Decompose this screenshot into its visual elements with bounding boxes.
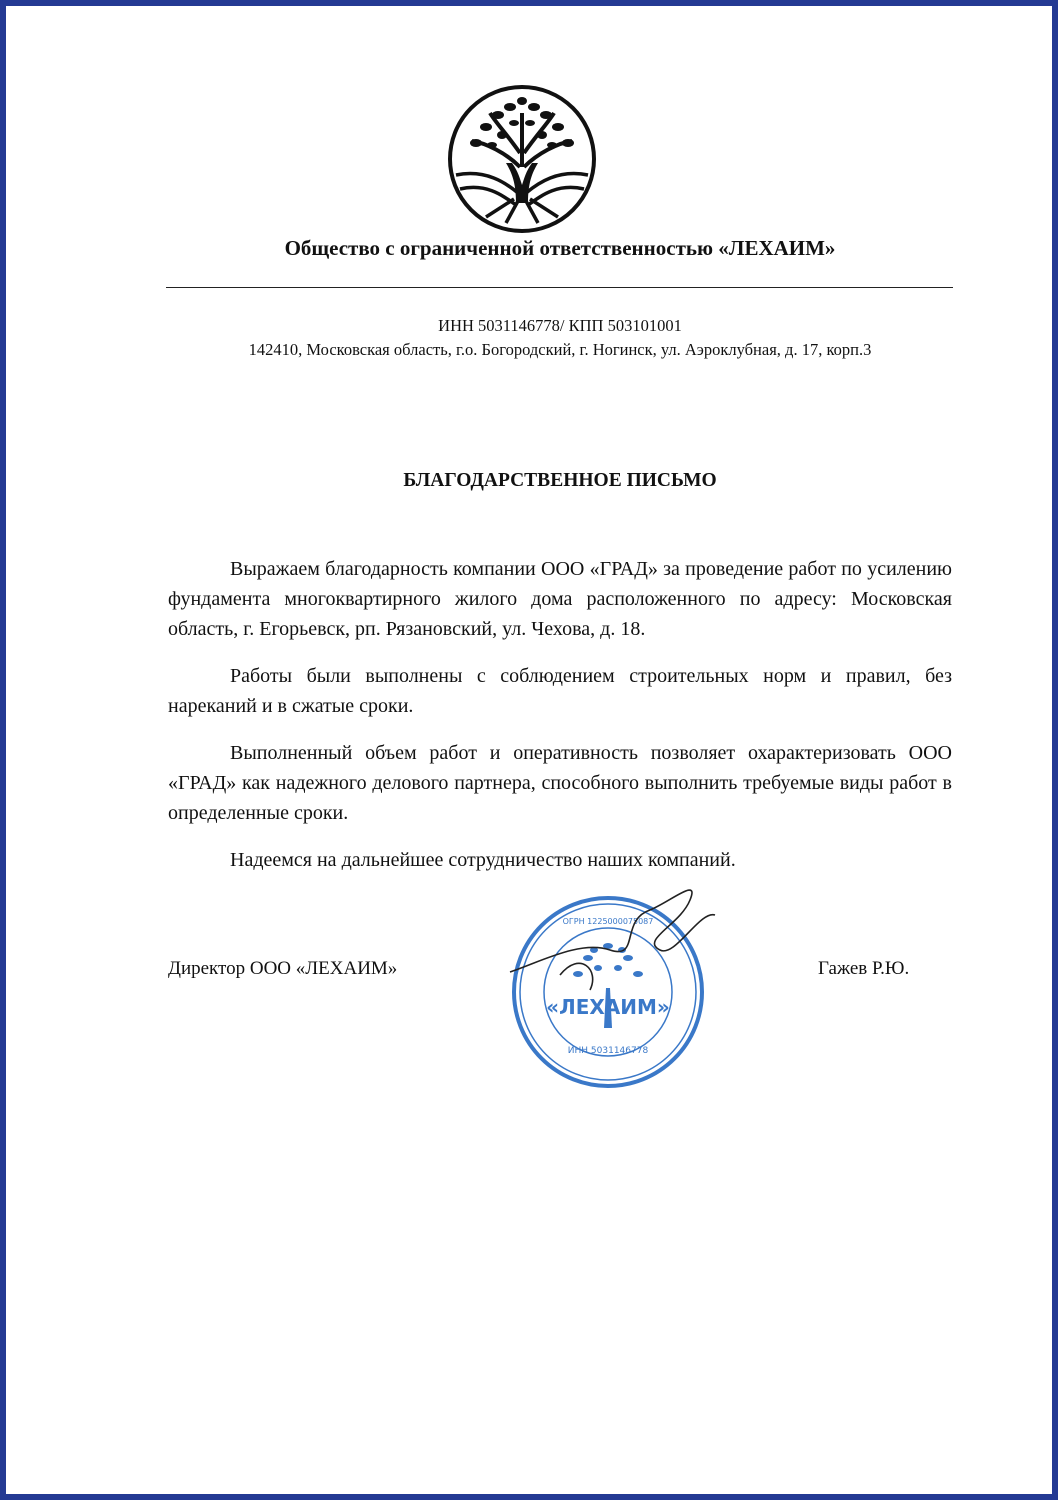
paragraph: Выполненный объем работ и оперативность … xyxy=(168,738,952,828)
inn-kpp: ИНН 5031146778/ КПП 503101001 xyxy=(160,314,960,338)
company-address: 142410, Московская область, г.о. Богород… xyxy=(160,338,960,362)
paragraph: Надеемся на дальнейшее сотрудничество на… xyxy=(168,845,952,875)
letter-body: Выражаем благодарность компании ООО «ГРА… xyxy=(168,554,952,892)
paragraph: Выражаем благодарность компании ООО «ГРА… xyxy=(168,554,952,644)
svg-text:ИНН 5031146778: ИНН 5031146778 xyxy=(568,1046,649,1056)
signatory-name: Гажев Р.Ю. xyxy=(818,958,909,980)
signature-icon xyxy=(500,880,730,1000)
header-divider xyxy=(166,287,953,288)
letter-title: БЛАГОДАРСТВЕННОЕ ПИСЬМО xyxy=(160,470,960,492)
paragraph: Работы были выполнены с соблюдением стро… xyxy=(168,661,952,721)
tree-of-life-logo-icon xyxy=(446,83,598,235)
signatory-position: Директор ООО «ЛЕХАИМ» xyxy=(168,958,397,980)
company-header: Общество с ограниченной ответственностью… xyxy=(160,236,960,261)
company-requisites: ИНН 5031146778/ КПП 503101001 142410, Мо… xyxy=(160,314,960,362)
